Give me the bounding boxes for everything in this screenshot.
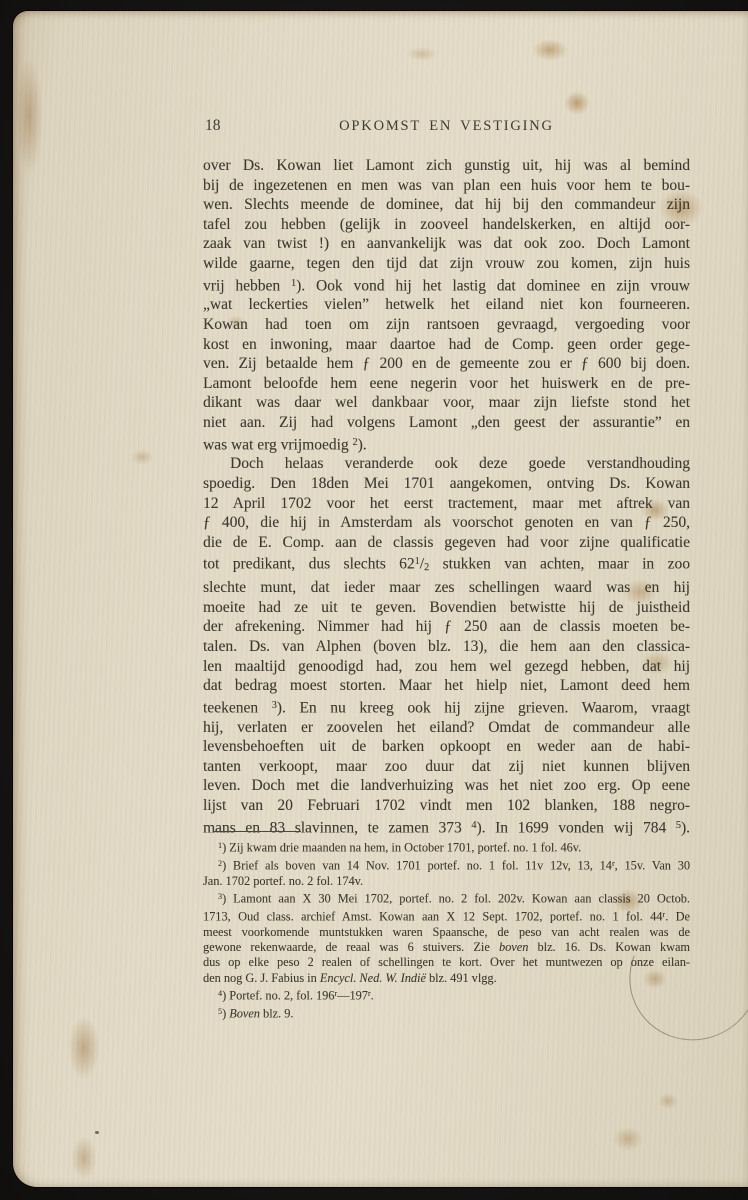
text-line: slechte munt, dat ieder maar zes schelli… (203, 578, 690, 598)
text-segment: dat bedrag moest storten. Maar het hielp… (203, 677, 690, 694)
text-segment: der afrekening. Nimmer had hij ƒ 250 aan… (203, 618, 690, 635)
foxing-stain (407, 47, 437, 61)
text-line: over Ds. Kowan liet Lamont zich gunstig … (203, 156, 690, 176)
text-segment: gewone rekenwaarde, de reaal was 6 stuiv… (203, 940, 499, 954)
text-line: niet aan. Zij had volgens Lamont „den ge… (203, 413, 690, 433)
text-segment: 1713, Oud class. archief Amst. Kowan aan… (203, 909, 662, 923)
text-segment: blz. 16. Ds. Kowan kwam (528, 940, 690, 954)
text-segment: was wat erg vrijmoedig (203, 436, 353, 453)
foxing-stain (658, 1093, 678, 1109)
foxing-stain (564, 91, 590, 115)
text-segment: blz. 9. (260, 1007, 293, 1021)
footnotes: 1) Zij kwam drie maanden na hem, in Octo… (203, 838, 690, 1022)
text-line: hij, verlaten er zoovelen het eiland? Om… (203, 718, 690, 738)
text-line: bij de ingezetenen en men was van plan e… (203, 176, 690, 196)
text-line: dat bedrag moest storten. Maar het hielp… (203, 676, 690, 696)
text-line: tot predikant, dus slechts 621/2 stukken… (203, 552, 690, 578)
text-segment: ) Lamont aan X 30 Mei 1702, portef. no. … (222, 891, 690, 905)
text-line: 12 April 1702 voor het eerst tractement,… (203, 494, 690, 514)
text-line: Kowan had toen om zijn rantsoen gevraagd… (203, 315, 690, 335)
italic-segment: Encycl. Ned. W. Indië (320, 971, 426, 985)
text-line: mans en 83 slavinnen, te zamen 373 4). I… (203, 816, 690, 838)
text-segment: , 15v. Van 30 (615, 858, 690, 872)
text-segment: over Ds. Kowan liet Lamont zich gunstig … (203, 157, 690, 174)
text-line: „wat leckerties vielen” hetwelk het eila… (203, 295, 690, 315)
text-segment: vrij hebben (203, 277, 291, 294)
paragraph-2: Doch helaas veranderde ook deze goede ve… (203, 454, 690, 837)
text-segment: mans en 83 slavinnen, te zamen 373 (203, 819, 471, 836)
text-segment: ). Ook vond hij het lastig dat dominee e… (296, 277, 690, 294)
text-segment: 12 April 1702 voor het eerst tractement,… (203, 495, 690, 512)
text-line: dikant was daar wel dankbaar voor, maar … (203, 393, 690, 413)
text-segment: stukken van achten, maar in zoo (429, 556, 690, 573)
text-line: die de E. Comp. aan de classis gegeven h… (203, 533, 690, 553)
text-line: 2) Brief als boven van 14 Nov. 1701 port… (203, 856, 690, 874)
footnote-rule (213, 831, 301, 832)
text-segment: levensbehoeften uit de barken opkoopt en… (203, 738, 690, 755)
running-title: OPKOMST EN VESTIGING (203, 118, 690, 135)
text-line: was wat erg vrijmoedig 2). (203, 433, 690, 455)
text-segment: . (371, 989, 374, 1003)
text-line: dus op elke peso 2 realen of schellingen… (203, 955, 690, 970)
text-segment: —197 (337, 989, 368, 1003)
text-segment: dus op elke peso 2 realen of schellingen… (203, 955, 690, 969)
text-line: moeite had ze uit te geven. Bovendien be… (203, 598, 690, 618)
text-line: levensbehoeften uit de barken opkoopt en… (203, 737, 690, 757)
text-segment: Lamont beloofde hem eene negerin voor he… (203, 375, 690, 392)
foxing-stain (131, 449, 153, 465)
text-segment: tot predikant, dus slechts 62 (203, 556, 415, 573)
text-segment: ). En nu kreeg ook hij zijne grieven. Wa… (277, 699, 690, 716)
text-segment: ). (358, 436, 367, 453)
text-segment: len maaltijd genoodigd had, zou hem wel … (203, 658, 690, 675)
text-segment: leven. Doch met die landverhuizing was h… (203, 777, 690, 794)
italic-segment: Boven (229, 1007, 260, 1021)
text-segment: ). (681, 819, 690, 836)
text-segment: moeite had ze uit te geven. Bovendien be… (203, 599, 690, 616)
text-segment: wen. Slechts meende de dominee, dat hij … (203, 196, 690, 213)
text-line: gewone rekenwaarde, de reaal was 6 stuiv… (203, 940, 690, 955)
text-segment: Kowan had toen om zijn rantsoen gevraagd… (203, 316, 690, 333)
text-segment: tafel zou hebben (gelijk in zooveel hand… (203, 216, 690, 233)
text-segment: den nog G. J. Fabius in (203, 971, 320, 985)
text-segment: Doch helaas veranderde ook deze goede ve… (230, 455, 690, 472)
text-segment: ) Zij kwam drie maanden na hem, in Octob… (222, 840, 581, 854)
body-text: over Ds. Kowan liet Lamont zich gunstig … (203, 156, 690, 837)
text-segment: zaak van twist !) en aanvankelijk was da… (203, 235, 690, 252)
photo-background: { "colors":{"paper":"#e2dac6","ink":"#3a… (0, 0, 748, 1200)
text-line: vrij hebben 1). Ook vond hij het lastig … (203, 274, 690, 296)
text-segment: slechte munt, dat ieder maar zes schelli… (203, 579, 690, 596)
ink-speck (95, 1131, 99, 1134)
text-segment: „wat leckerties vielen” hetwelk het eila… (203, 296, 690, 313)
text-line: wilde gaarne, tegen den tijd dat zijn vr… (203, 254, 690, 274)
text-segment: kost en inwoning, maar daartoe had de Co… (203, 336, 690, 353)
paragraph-1: over Ds. Kowan liet Lamont zich gunstig … (203, 156, 690, 454)
book-page: 18 OPKOMST EN VESTIGING over Ds. Kowan l… (13, 11, 748, 1187)
text-segment: bij de ingezetenen en men was van plan e… (203, 177, 690, 194)
text-line: ƒ 400, die hij in Amsterdam als voorscho… (203, 513, 690, 533)
text-segment: ƒ 400, die hij in Amsterdam als voorscho… (203, 514, 690, 531)
text-segment: wilde gaarne, tegen den tijd dat zijn vr… (203, 255, 690, 272)
text-line: meest voorkomende muntstukken waren Spaa… (203, 925, 690, 940)
text-line: den nog G. J. Fabius in Encycl. Ned. W. … (203, 971, 690, 986)
foxing-stain (68, 1016, 100, 1080)
text-line: 1713, Oud class. archief Amst. Kowan aan… (203, 907, 690, 925)
foxing-stain (15, 56, 43, 176)
text-line: zaak van twist !) en aanvankelijk was da… (203, 234, 690, 254)
text-line: tanten verkoopt, maar zoo duur dat zij n… (203, 757, 690, 777)
text-segment: blz. 491 vlgg. (426, 971, 497, 985)
text-line: talen. Ds. van Alphen (boven blz. 13), d… (203, 637, 690, 657)
text-line: Lamont beloofde hem eene negerin voor he… (203, 374, 690, 394)
text-line: der afrekening. Nimmer had hij ƒ 250 aan… (203, 617, 690, 637)
italic-segment: boven (499, 940, 528, 954)
text-line: kost en inwoning, maar daartoe had de Co… (203, 335, 690, 355)
text-segment: spoedig. Den 18den Mei 1701 aangekomen, … (203, 475, 690, 492)
text-segment: ven. Zij betaalde hem ƒ 200 en de gemeen… (203, 355, 690, 372)
text-line: 4) Portef. no. 2, fol. 196r—197r. (203, 986, 690, 1004)
text-line: spoedig. Den 18den Mei 1701 aangekomen, … (203, 474, 690, 494)
foxing-stain (532, 39, 568, 61)
text-segment: Jan. 1702 portef. no. 2 fol. 174v. (203, 874, 363, 888)
text-segment: niet aan. Zij had volgens Lamont „den ge… (203, 414, 690, 431)
text-line: teekenen 3). En nu kreeg ook hij zijne g… (203, 696, 690, 718)
text-line: tafel zou hebben (gelijk in zooveel hand… (203, 215, 690, 235)
text-line: ven. Zij betaalde hem ƒ 200 en de gemeen… (203, 354, 690, 374)
text-line: 5) Boven blz. 9. (203, 1004, 690, 1022)
text-segment: meest voorkomende muntstukken waren Spaa… (203, 925, 690, 939)
foxing-stain (71, 1136, 97, 1180)
text-segment: hij, verlaten er zoovelen het eiland? Om… (203, 719, 690, 736)
text-line: Doch helaas veranderde ook deze goede ve… (203, 454, 690, 474)
text-segment: ). In 1699 vonden wij 784 (476, 819, 675, 836)
text-line: 3) Lamont aan X 30 Mei 1702, portef. no.… (203, 889, 690, 907)
text-segment: . De (665, 909, 690, 923)
text-segment: die de E. Comp. aan de classis gegeven h… (203, 534, 690, 551)
text-segment: tanten verkoopt, maar zoo duur dat zij n… (203, 758, 690, 775)
text-segment: ) Brief als boven van 14 Nov. 1701 porte… (222, 858, 612, 872)
foxing-stain (613, 1127, 643, 1151)
text-segment: lijst van 20 Februari 1702 vindt men 102… (203, 797, 690, 814)
text-line: 1) Zij kwam drie maanden na hem, in Octo… (203, 838, 690, 856)
text-line: Jan. 1702 portef. no. 2 fol. 174v. (203, 874, 690, 889)
text-segment: dikant was daar wel dankbaar voor, maar … (203, 394, 690, 411)
text-line: lijst van 20 Februari 1702 vindt men 102… (203, 796, 690, 816)
text-segment: ) Portef. no. 2, fol. 196 (222, 989, 334, 1003)
text-segment: teekenen (203, 699, 272, 716)
text-segment: talen. Ds. van Alphen (boven blz. 13), d… (203, 638, 690, 655)
text-line: leven. Doch met die landverhuizing was h… (203, 776, 690, 796)
text-line: wen. Slechts meende de dominee, dat hij … (203, 195, 690, 215)
page-header: 18 OPKOMST EN VESTIGING (203, 117, 690, 139)
text-line: len maaltijd genoodigd had, zou hem wel … (203, 657, 690, 677)
